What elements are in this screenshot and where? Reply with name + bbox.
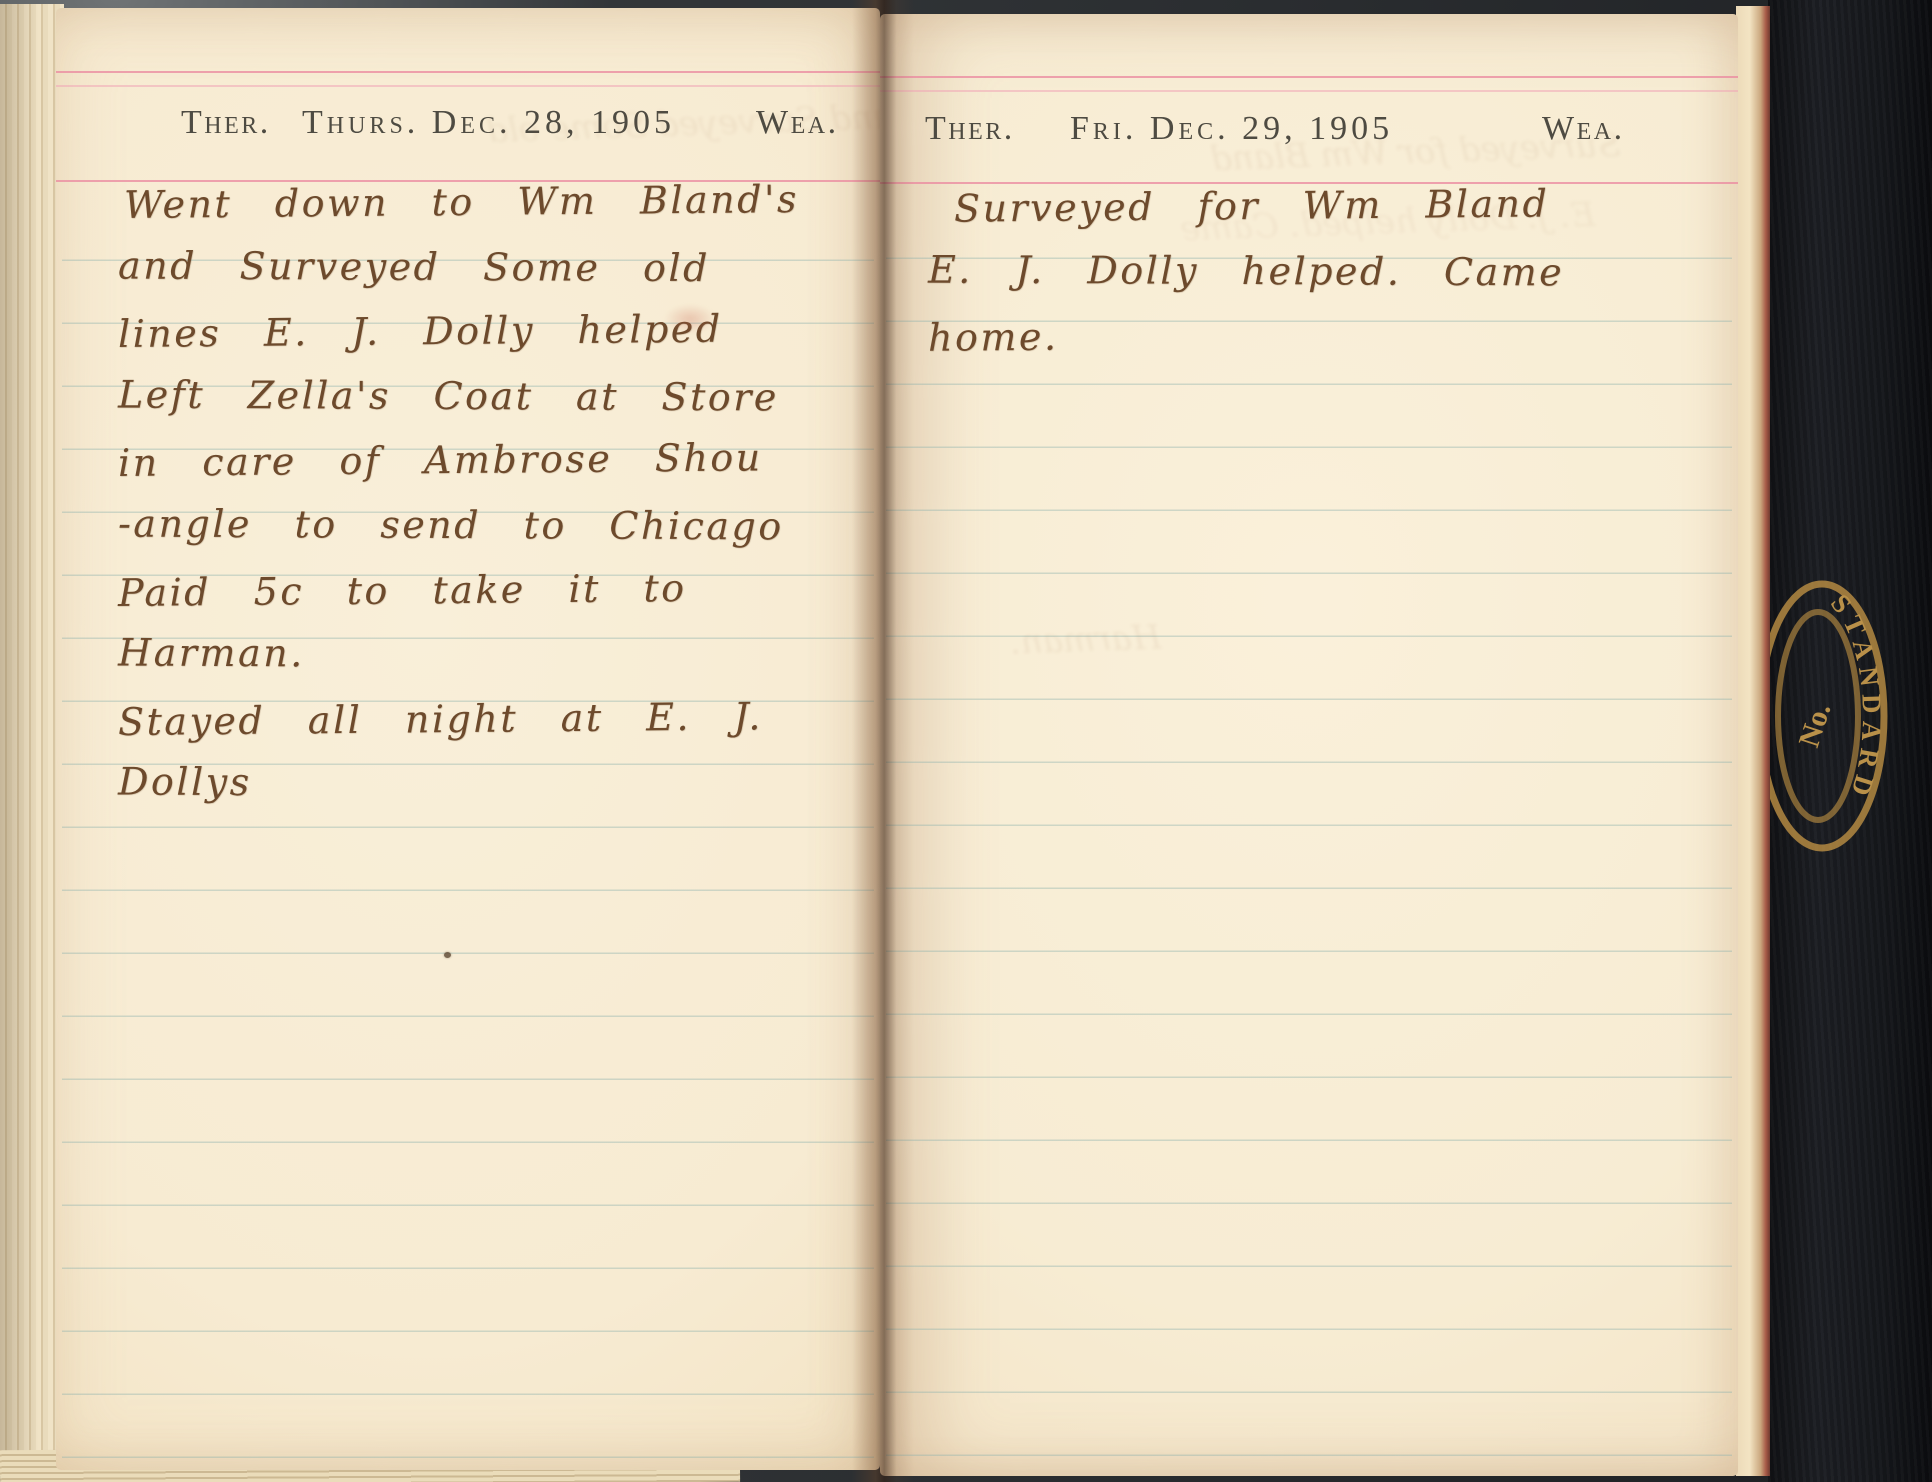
handwriting-line: Stayed all night at E. J. — [118, 684, 799, 755]
wea-label: Wea. — [756, 100, 839, 146]
header-rule-pink — [880, 76, 1738, 78]
ink-smudge — [664, 304, 716, 334]
handwriting-line: in care of Ambrose Shou — [118, 425, 799, 496]
ruled-lines — [886, 196, 1732, 1466]
left-page: Ther. Thurs. Dec. 28, 1905 Wea. Went dow… — [56, 8, 880, 1470]
bleed-through-ghost: Harman. — [1009, 617, 1162, 662]
handwriting-line: Dollys — [118, 750, 799, 818]
handwriting-line: and Surveyed Some old — [118, 233, 799, 301]
handwriting-line: E. J. Dolly helped. Came — [928, 237, 1564, 304]
right-page: Ther. Fri. Dec. 29, 1905 Wea. Surveyed f… — [880, 14, 1738, 1476]
standard-diary-stamp-icon: STANDARD No. — [1758, 566, 1918, 866]
handwriting-line: Paid 5c to take it to — [118, 555, 799, 626]
ther-label: Ther. — [925, 106, 1015, 152]
handwriting-line: -angle to send to Chicago — [118, 491, 799, 559]
wea-label: Wea. — [1542, 106, 1625, 152]
handwriting-line: Surveyed for Wm Bland — [954, 171, 1565, 241]
stamp-number-label: No. — [1792, 699, 1837, 751]
left-date-heading: Thurs. Dec. 28, 1905 — [302, 100, 675, 146]
right-date-heading: Fri. Dec. 29, 1905 — [1070, 106, 1393, 152]
handwriting-line: home. — [928, 300, 1565, 370]
header-rule-pink — [880, 90, 1738, 92]
handwriting-line: Left Zella's Coat at Store — [118, 362, 799, 430]
ther-label: Ther. — [181, 100, 271, 146]
right-entry-handwriting: Surveyed for Wm Bland E. J. Dolly helped… — [928, 174, 1564, 368]
ink-speck — [444, 952, 451, 958]
header-rule-pink — [56, 85, 880, 87]
left-page-edge-stack — [0, 4, 64, 1476]
right-page-block-edge — [1736, 6, 1770, 1476]
diary-scan-photo: STANDARD No. Ther. Thurs. Dec. 28, 1905 … — [0, 0, 1932, 1482]
left-entry-handwriting: Went down to Wm Bland's and Surveyed Som… — [118, 170, 799, 816]
header-rule-pink — [56, 71, 880, 73]
handwriting-line: Harman. — [118, 621, 799, 689]
handwriting-line: Went down to Wm Bland's — [124, 167, 799, 237]
